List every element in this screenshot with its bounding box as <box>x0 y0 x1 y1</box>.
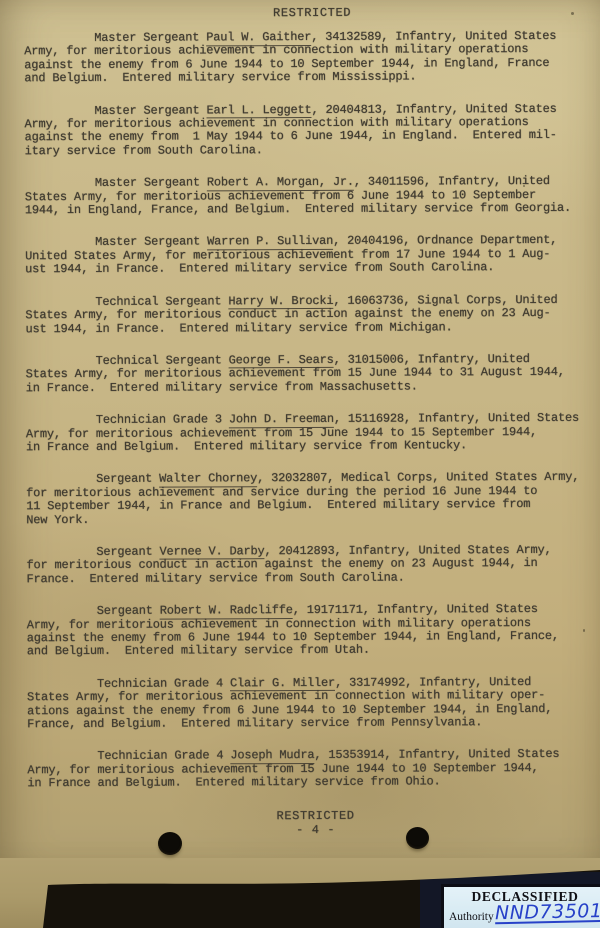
authority-number-handwritten: NND735017 <box>495 903 600 925</box>
text-line: in France and Belgium. Entered military … <box>27 775 593 791</box>
classification-header: RESTRICTED <box>0 6 600 22</box>
text-line: France. Entered military service from So… <box>26 571 592 587</box>
citation-paragraph: Technician Grade 3 John D. Freeman, 1511… <box>26 412 592 455</box>
citation-paragraph: Sergeant Robert W. Radcliffe, 19171171, … <box>27 603 593 659</box>
punch-hole-left <box>158 832 182 855</box>
document-footer: RESTRICTED- 4 - <box>38 807 594 837</box>
declassified-stamp: DECLASSIFIED Authority NND735017 <box>441 884 600 928</box>
page-number: - 4 - <box>38 821 594 837</box>
citation-paragraph: Master Sergeant Earl L. Leggett, 2040481… <box>24 102 590 158</box>
text-line: and Belgium. Entered military service fr… <box>24 70 590 86</box>
ink-speck <box>583 629 585 632</box>
citation-paragraph: Technician Grade 4 Clair G. Miller, 3317… <box>27 676 593 732</box>
text-line: 1944, in England, France, and Belgium. E… <box>25 202 591 218</box>
text-line: itary service from South Carolina. <box>25 143 591 159</box>
authority-label: Authority <box>449 911 494 923</box>
citation-paragraph: Master Sergeant Warren P. Sullivan, 2040… <box>25 234 591 277</box>
ink-speck <box>571 12 574 15</box>
citation-paragraph: Master Sergeant Paul W. Gaither, 3413258… <box>24 30 590 86</box>
citation-paragraph: Technician Grade 4 Joseph Mudra, 1535391… <box>27 748 593 791</box>
text-line: New York. <box>26 511 592 527</box>
text-line: and Belgium. Entered military service fr… <box>27 643 593 659</box>
text-line: in France and Belgium. Entered military … <box>26 439 592 455</box>
text-line: in France. Entered military service from… <box>26 379 592 395</box>
text-line: ust 1944, in France. Entered military se… <box>25 320 591 336</box>
text-line: France, and Belgium. Entered military se… <box>27 716 593 732</box>
text-line: against the enemy from 1 May 1944 to 6 J… <box>25 129 591 145</box>
citation-paragraph: Master Sergeant Robert A. Morgan, Jr., 3… <box>25 175 591 218</box>
citation-paragraph: Sergeant Vernee V. Darby, 20412893, Infa… <box>26 544 592 587</box>
citation-paragraph: Technical Sergeant Harry W. Brocki, 1606… <box>25 293 591 336</box>
punch-hole-right <box>406 827 429 849</box>
ink-speck <box>523 185 525 187</box>
text-line: ust 1944, in France. Entered military se… <box>25 261 591 277</box>
citation-paragraph: Sergeant Walter Chorney, 32032807, Medic… <box>26 471 592 527</box>
document-body: Master Sergeant Paul W. Gaither, 3413258… <box>24 30 594 838</box>
citation-paragraph: Technical Sergeant George F. Sears, 3101… <box>26 353 592 396</box>
text-line: 11 September 1944, in France and Belgium… <box>26 498 592 514</box>
declassified-authority-row: Authority NND735017 <box>444 904 600 923</box>
